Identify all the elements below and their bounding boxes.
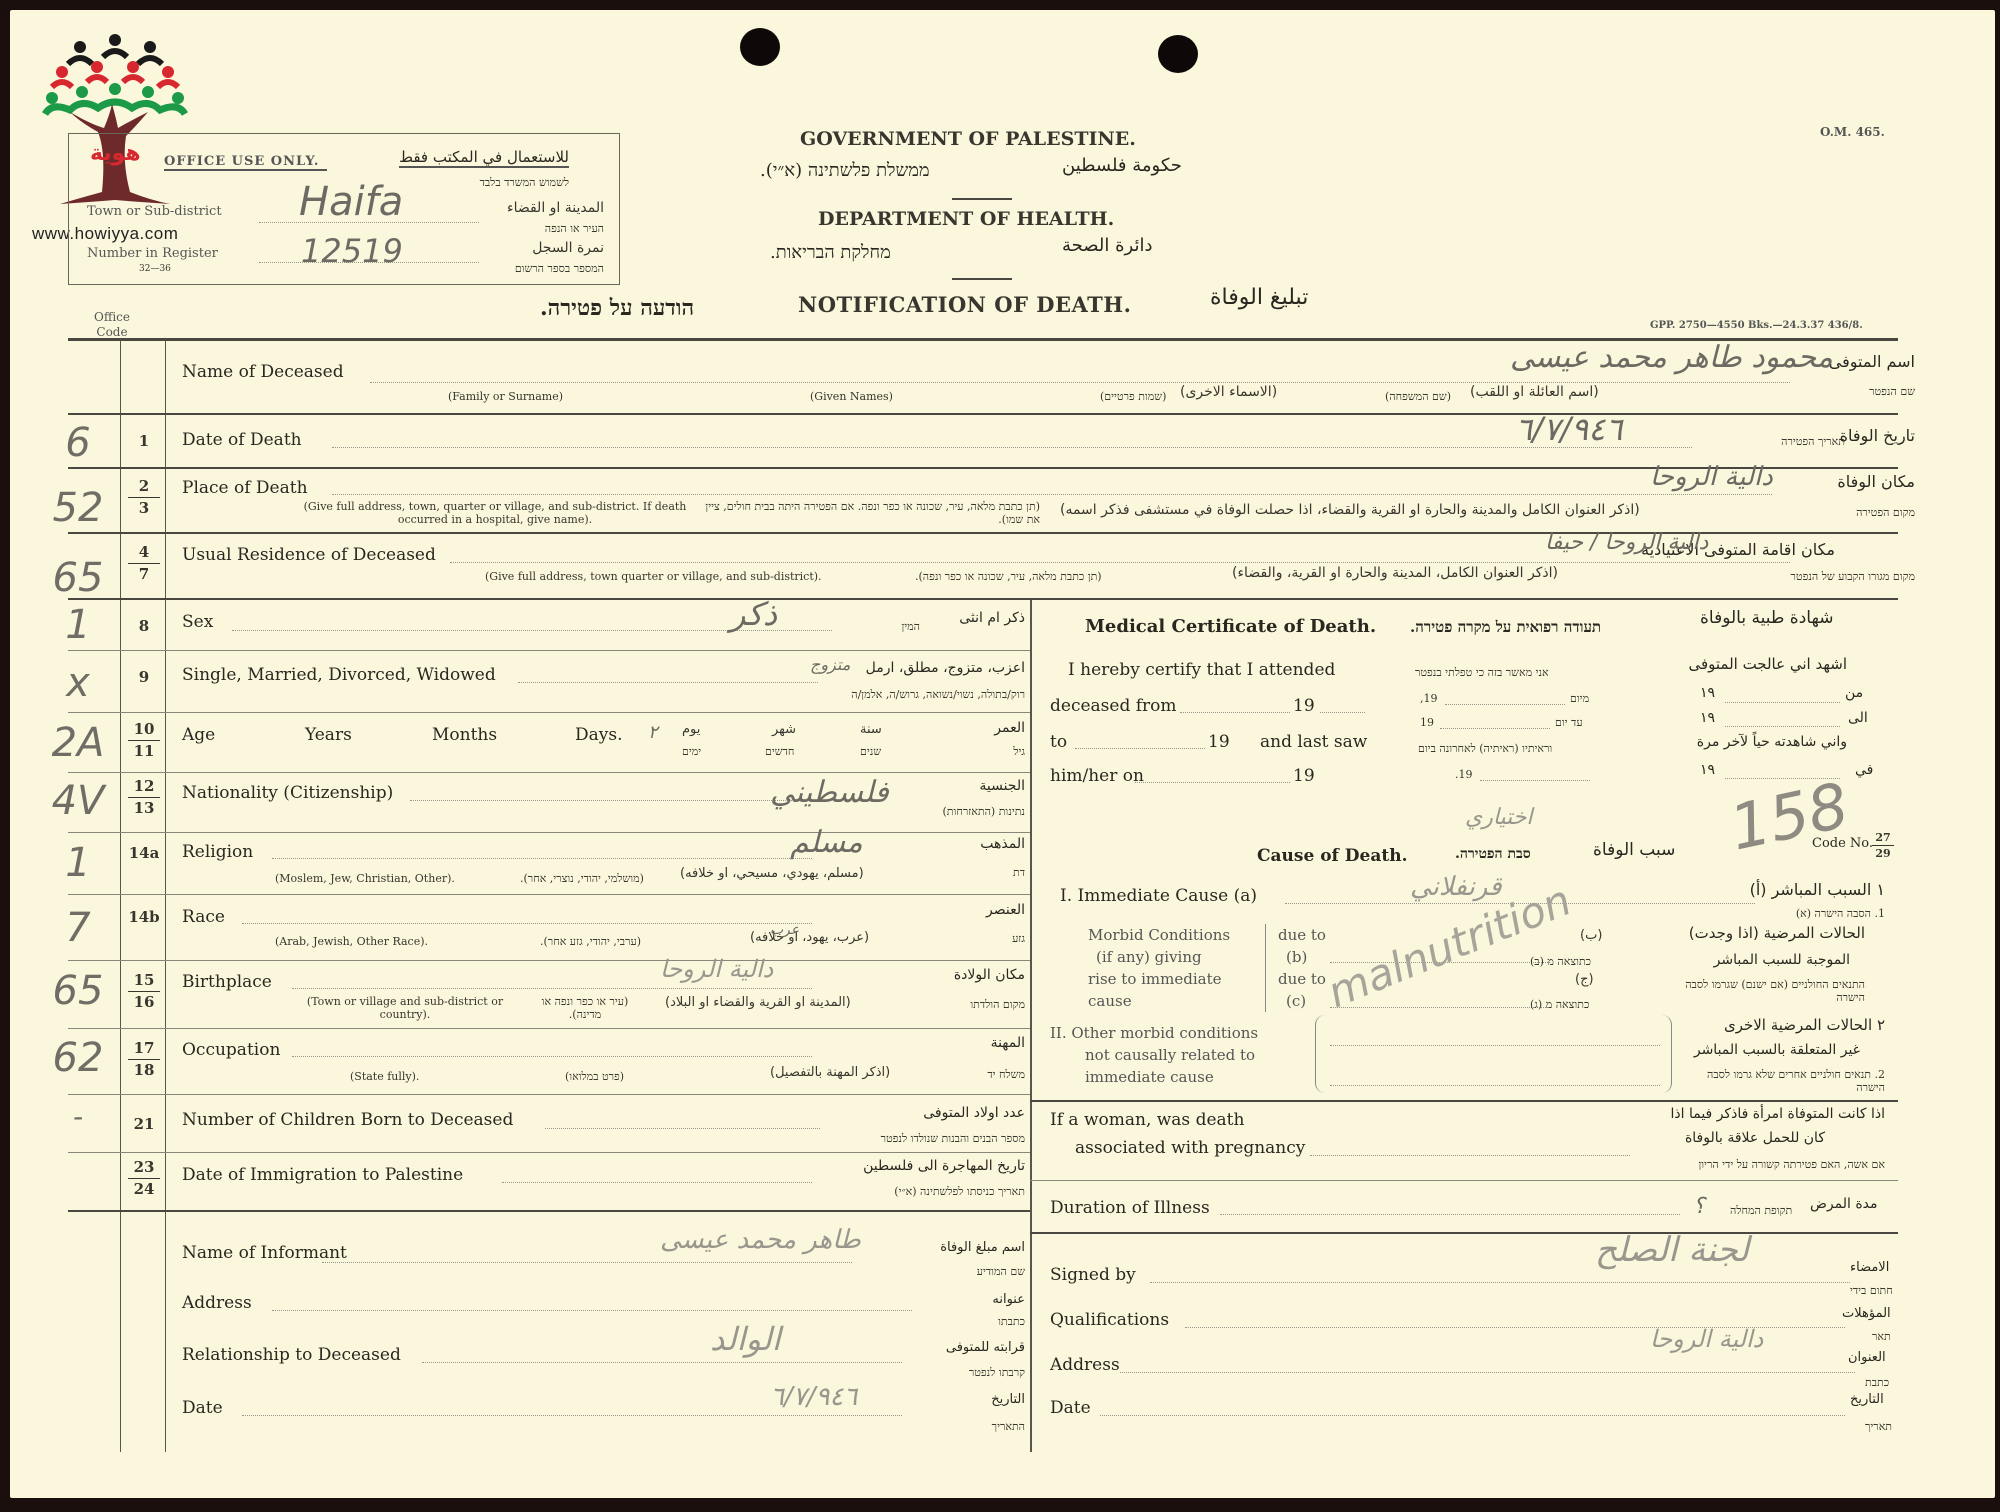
doctor-date-label: Date [1050,1398,1091,1418]
occupation-label: Occupation [182,1040,280,1060]
department-title-ar: دائرة الصحة [1062,235,1152,256]
register-label-ar: نمرة السجل [532,240,604,256]
government-title: GOVERNMENT OF PALESTINE. [800,128,1136,150]
cause-title: Cause of Death. [1257,846,1408,866]
town-value: Haifa [299,179,403,225]
print-reference: GPP. 2750—4550 Bks.—24.3.37 436/8. [1650,320,1863,331]
religion-value: مسلم [790,825,863,860]
town-label: Town or Sub-district [87,204,222,219]
qualifications-label: Qualifications [1050,1310,1169,1330]
date-of-death-value: ٦/٧/٩٤٦ [1515,410,1623,448]
sex-label: Sex [182,612,213,632]
nationality-label: Nationality (Citizenship) [182,783,393,803]
name-value: محمود طاهر محمد عيسى [1510,340,1833,375]
government-title-ar: حكومة فلسطين [1062,155,1182,176]
informant-date-value: ٦/٧/٩٤٦ [770,1382,857,1412]
birthplace-label: Birthplace [182,972,272,992]
form-title: NOTIFICATION OF DEATH. [798,292,1131,317]
sex-value: ذكر [730,595,777,633]
signed-by-value: لجنة الصلح [1595,1230,1749,1270]
date-of-death-label: Date of Death [182,430,302,450]
age-value: ٢ [648,722,658,743]
religion-label: Religion [182,842,253,862]
form-title-ar: تبليغ الوفاة [1210,285,1308,310]
punch-hole-left [740,28,780,66]
cause-annotation: اختياري [1465,805,1533,830]
office-use-box: OFFICE USE ONLY. للاستعمال في المكتب فقط… [68,133,620,285]
office-use-label-ar: للاستعمال في المكتب فقط [399,148,569,168]
town-label-he: העיר או הנפה [545,222,604,235]
residence-value: دالية الروحا / حيفا [1545,530,1708,555]
death-notification-form: هوية www.howiyya.com O.M. 465. OFFICE US… [10,10,1995,1498]
register-label: Number in Register [87,246,218,261]
pregnancy-label: If a woman, was death [1050,1110,1244,1130]
immigration-label: Date of Immigration to Palestine [182,1165,463,1185]
relationship-value: الوالد [710,1320,781,1358]
department-title: DEPARTMENT OF HEALTH. [818,208,1114,230]
doctor-address-label: Address [1050,1355,1120,1375]
informant-address-label: Address [182,1293,252,1313]
department-title-he: מחלקת הבריאות. [770,242,891,263]
office-use-label-en: OFFICE USE ONLY. [164,154,327,171]
children-label: Number of Children Born to Deceased [182,1110,513,1130]
nationality-value: فلسطيني [770,775,889,810]
punch-hole-right [1158,35,1198,73]
name-label: Name of Deceased [182,362,344,382]
informant-name-value: طاهر محمد عيسى [660,1225,861,1255]
age-label: Age [182,725,215,745]
residence-label: Usual Residence of Deceased [182,545,436,565]
town-label-ar: المدينة او القضاء [507,200,604,216]
immediate-cause-value: قرنفلاني [1410,872,1502,902]
race-value: عرب [770,922,799,938]
birthplace-value: دالية الروحا [660,955,773,983]
register-value: 12519 [301,232,403,270]
marital-value: متزوج [810,655,850,674]
register-sub: 32—36 [139,264,171,274]
informant-date-label: Date [182,1398,223,1418]
race-label: Race [182,907,225,927]
government-title-he: ממשלת פלשתינה (א״י). [760,160,930,181]
code-no-label: Code No. [1812,836,1873,851]
register-label-he: המספר בספר הרשום [515,262,604,275]
signed-by-label: Signed by [1050,1265,1136,1285]
office-code-label: Office Code [90,310,134,340]
informant-name-label: Name of Informant [182,1243,347,1263]
medical-title-he: תעודה רפואית על מקרה פטירה. [1410,618,1601,637]
form-number: O.M. 465. [1820,125,1885,139]
place-of-death-label: Place of Death [182,478,308,498]
doctor-address-value: دالية الروحا [1650,1325,1763,1353]
medical-title-ar: شهادة طبية بالوفاة [1700,608,1834,628]
place-of-death-value: دالية الروحا [1650,462,1773,492]
duration-value: ؟ [1693,1194,1705,1219]
relationship-label: Relationship to Deceased [182,1345,401,1365]
medical-title: Medical Certificate of Death. [1085,616,1376,637]
duration-label: Duration of Illness [1050,1198,1210,1218]
marital-label: Single, Married, Divorced, Widowed [182,665,496,685]
office-use-label-he: לשמוש המשרד בלבד [480,176,569,189]
form-title-he: הודעה על פטירה. [540,295,694,321]
immediate-cause-label: I. Immediate Cause (a) [1060,886,1257,906]
